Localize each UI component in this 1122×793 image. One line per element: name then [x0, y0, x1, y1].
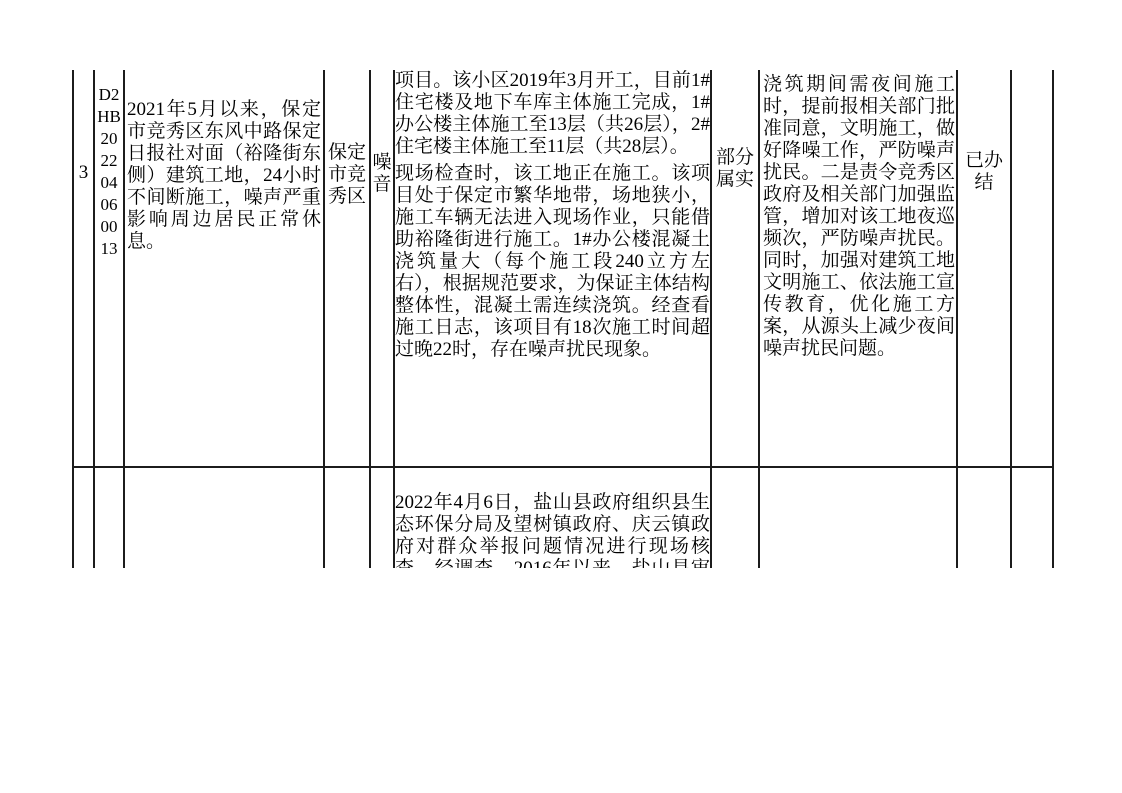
cell-case-id: D2HB202204060013	[93, 70, 123, 466]
status-text: 已办结	[965, 150, 1003, 193]
cell-empty	[1010, 70, 1052, 466]
cell-complaint-content	[123, 468, 323, 568]
cell-status: 已办结	[956, 70, 1010, 466]
cell-seq-no	[72, 468, 93, 568]
cell-investigation: 项目。该小区2019年3月开工，目前1#住宅楼及地下车库主体施工完成，1#办公楼…	[393, 70, 710, 466]
cell-verification-result	[710, 468, 758, 568]
cell-investigation: 2022年4月6日，盐山县政府组织县生态环保分局及望树镇政府、庆云镇政府对群众举…	[393, 468, 710, 568]
verification-text: 部分属实	[716, 147, 754, 190]
region-text: 保定市竞秀区	[328, 142, 366, 207]
investigation-paragraph-1: 2022年4月6日，盐山县政府组织县生态环保分局及望树镇政府、庆云镇政府对群众举…	[395, 492, 710, 568]
table-row-case-3: 3 D2HB202204060013 2021年5月以来，保定市竞秀区东风中路保…	[72, 70, 1052, 468]
table-row-next-partial: 2022年4月6日，盐山县政府组织县生态环保分局及望树镇政府、庆云镇政府对群众举…	[72, 468, 1052, 568]
complaint-text: 2021年5月以来，保定市竞秀区东风中路保定日报社对面（裕隆街东侧）建筑工地，2…	[127, 99, 321, 252]
cell-verification-result: 部分属实	[710, 70, 758, 466]
investigation-paragraph-2: 现场检查时，该工地正在施工。该项目处于保定市繁华地带，场地狭小，施工车辆无法进入…	[395, 163, 710, 361]
cell-handling-measures: 浇筑期间需夜间施工时，提前报相关部门批准同意，文明施工，做好降噪工作，严防噪声扰…	[758, 70, 956, 466]
cell-region	[323, 468, 369, 568]
cell-pollution-type	[369, 468, 393, 568]
cell-pollution-type: 噪音	[369, 70, 393, 466]
complaint-table: 3 D2HB202204060013 2021年5月以来，保定市竞秀区东风中路保…	[72, 70, 1054, 568]
pollution-type-text: 噪音	[372, 152, 391, 195]
cell-handling-measures	[758, 468, 956, 568]
seq-no: 3	[79, 162, 89, 183]
cell-status	[956, 468, 1010, 568]
cell-empty	[1010, 468, 1052, 568]
case-id: D2HB202204060013	[97, 85, 121, 258]
cell-region: 保定市竞秀区	[323, 70, 369, 466]
investigation-paragraph-1: 项目。该小区2019年3月开工，目前1#住宅楼及地下车库主体施工完成，1#办公楼…	[395, 70, 710, 158]
document-page: 3 D2HB202204060013 2021年5月以来，保定市竞秀区东风中路保…	[0, 0, 1122, 793]
cell-complaint-content: 2021年5月以来，保定市竞秀区东风中路保定日报社对面（裕隆街东侧）建筑工地，2…	[123, 70, 323, 466]
cell-seq-no: 3	[72, 70, 93, 466]
cell-case-id	[93, 468, 123, 568]
measures-text: 浇筑期间需夜间施工时，提前报相关部门批准同意，文明施工，做好降噪工作，严防噪声扰…	[763, 74, 955, 359]
